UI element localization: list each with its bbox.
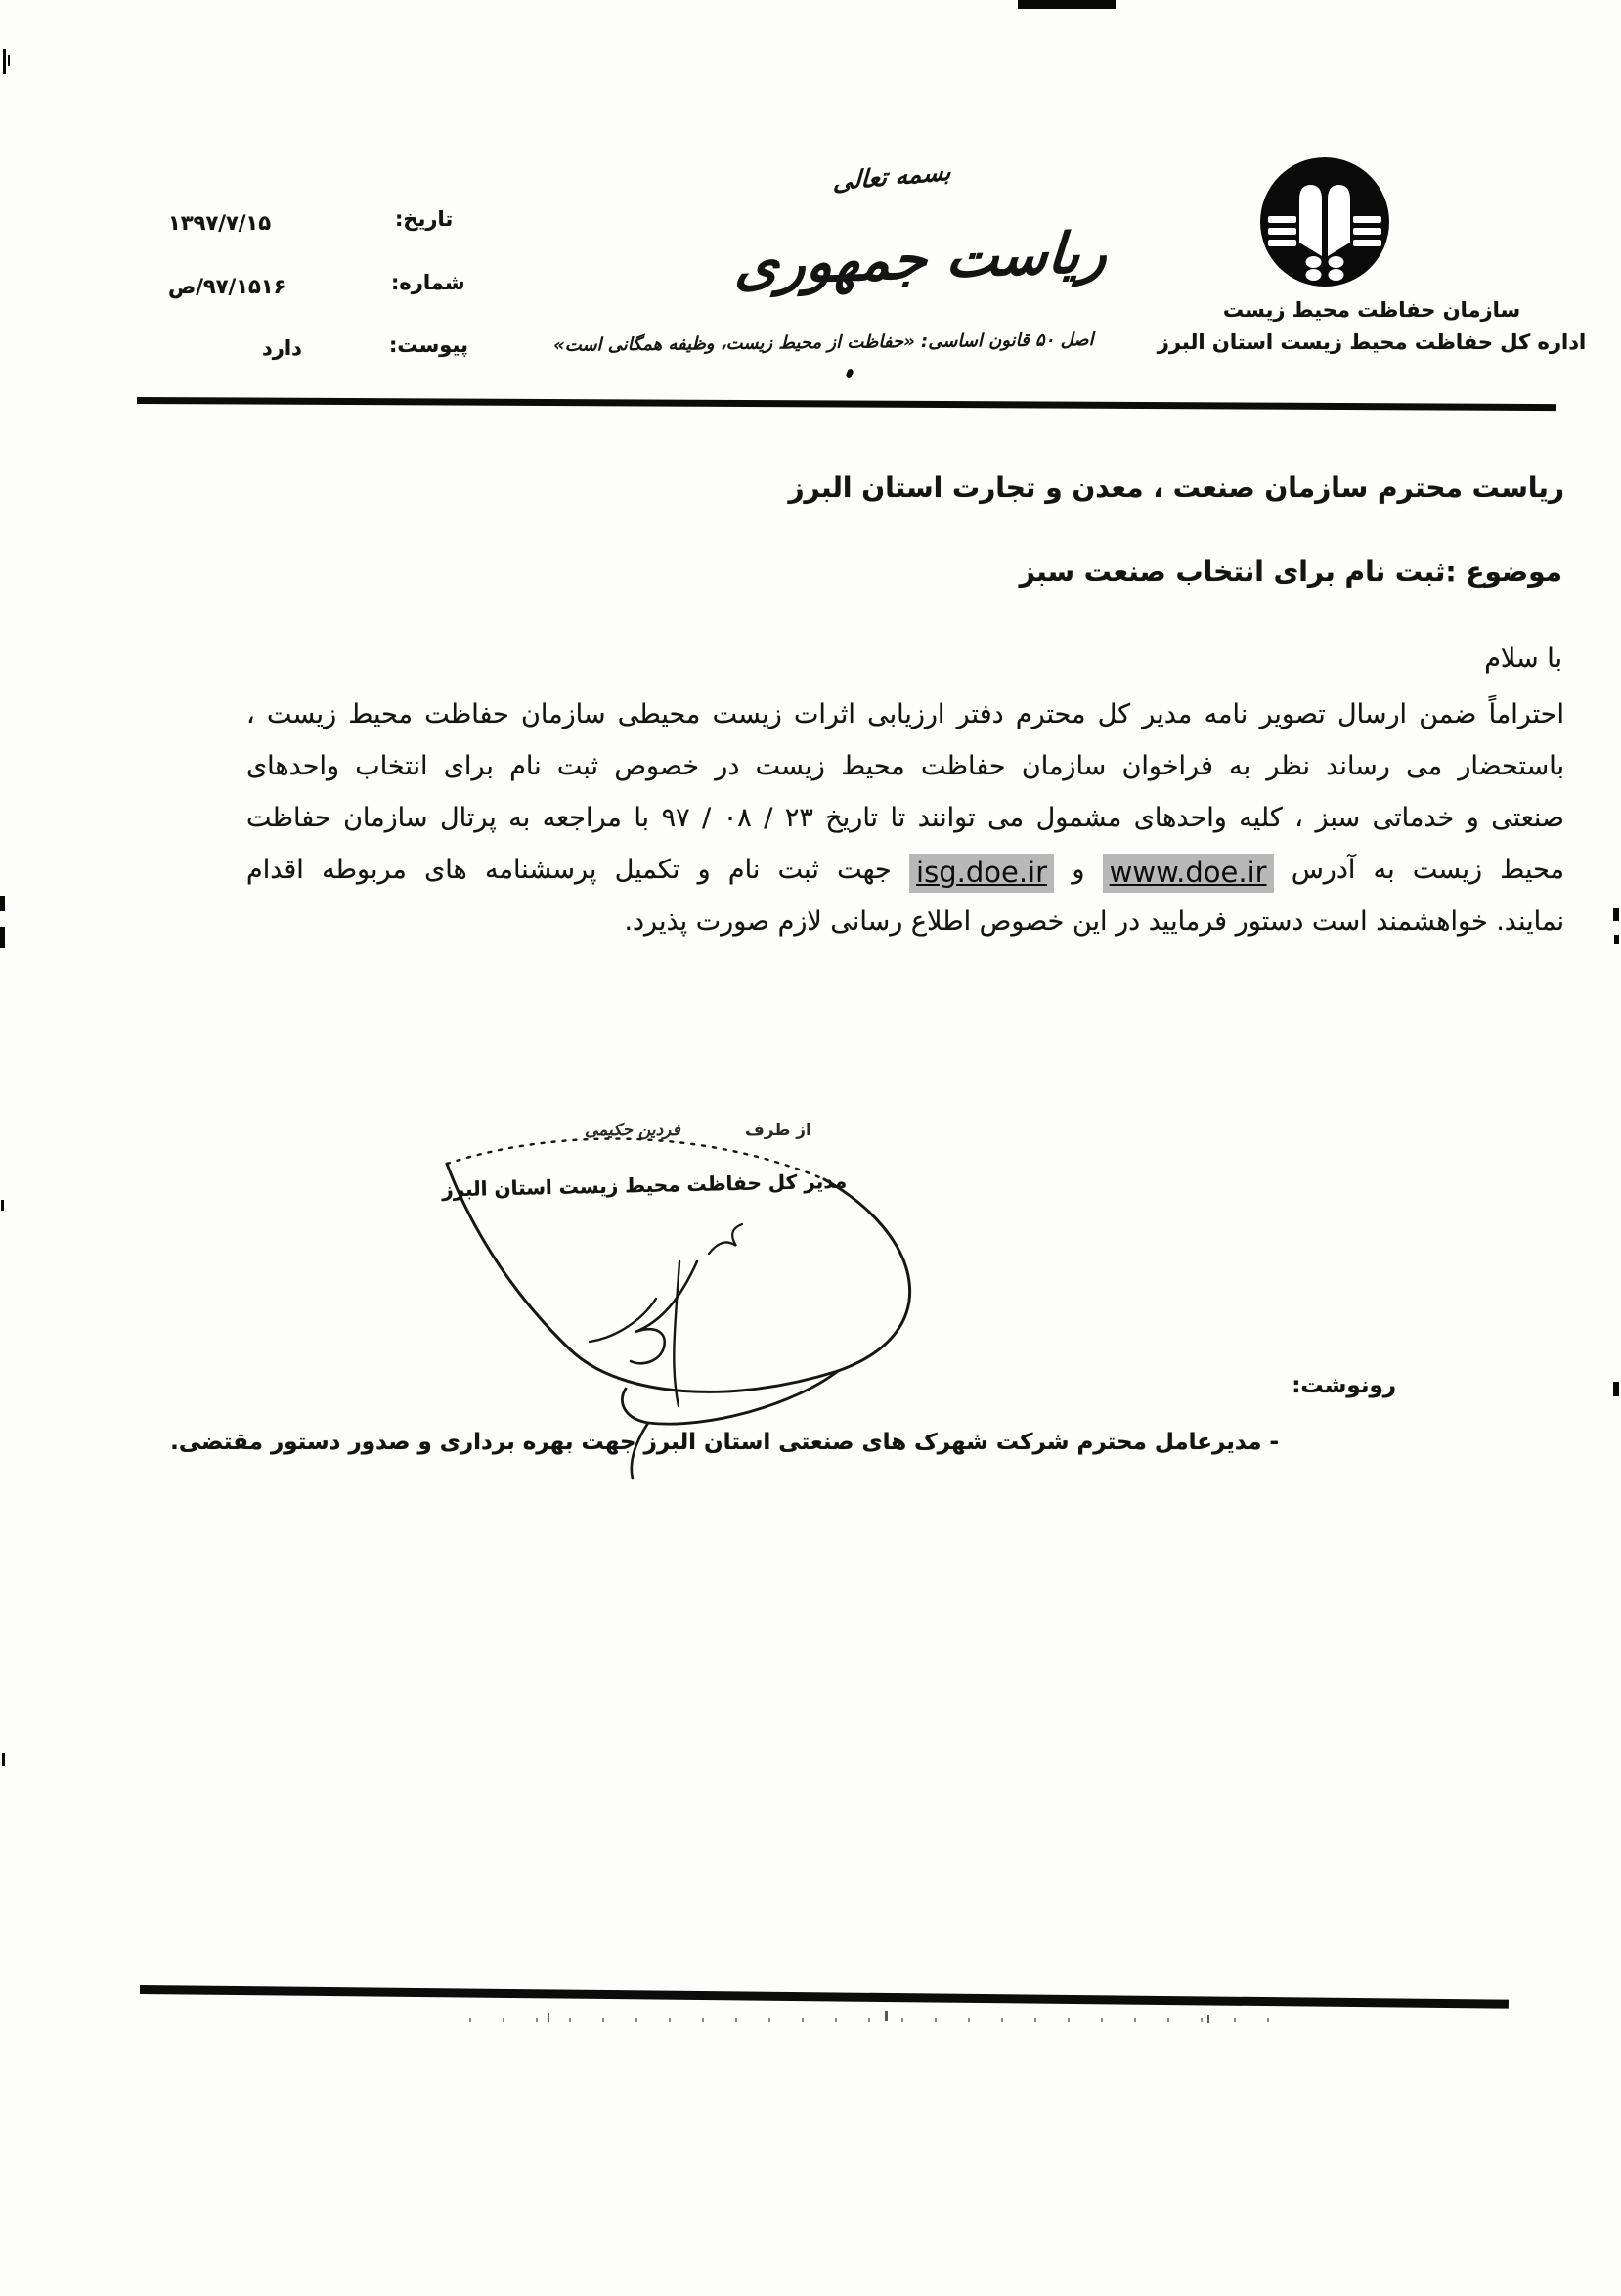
body-line-4: محیط زیست به آدرس www.doe.ir و isg.doe.i… xyxy=(246,850,1564,895)
footer-illegible-text-marks xyxy=(469,2018,1291,2022)
scanned-letter-page: تاریخ: ۱۳۹۷/۷/۱۵ شماره: ۹۷/۱۵۱۶/ص پیوست:… xyxy=(0,0,1621,2296)
doe-logo-icon xyxy=(1259,156,1390,287)
footer-mark xyxy=(1207,2015,1209,2023)
attachment-value: دارد xyxy=(262,336,302,360)
number-value: ۹۷/۱۵۱۶/ص xyxy=(168,275,286,298)
scan-artifact-left-mark xyxy=(1,1200,4,1211)
body-line-4-conjunction: و xyxy=(1072,855,1084,885)
footer-mark xyxy=(548,2013,549,2022)
scan-artifact-left-mark xyxy=(3,49,6,74)
scan-artifact-right-mark xyxy=(1614,935,1619,944)
constitution-slogan: اصل ۵۰ قانون اساسی: «حفاظت از محیط زیست،… xyxy=(553,330,1094,356)
scan-artifact-right-mark xyxy=(1613,1382,1619,1396)
url-doe: www.doe.ir xyxy=(1103,854,1274,893)
scan-artifact-left-mark xyxy=(0,896,5,911)
footer-rule xyxy=(140,1985,1509,2009)
subject-line: موضوع :ثبت نام برای انتخاب صنعت سبز xyxy=(1020,555,1562,588)
cc-item: - مدیرعامل محترم شرکت شهرک های صنعتی است… xyxy=(170,1430,1279,1455)
body-line-5: نمایند. خواهشمند است دستور فرمایید در ای… xyxy=(246,902,1564,947)
scan-artifact-left-mark xyxy=(2,1753,5,1766)
salutation: با سلام xyxy=(1484,643,1562,674)
header-rule xyxy=(137,397,1556,411)
body-line-3: صنعتی و خدماتی سبز ، کلیه واحدهای مشمول … xyxy=(246,798,1564,843)
body-line-4-before: محیط زیست به آدرس xyxy=(1292,855,1564,885)
date-label: تاریخ: xyxy=(395,207,453,231)
bismillah-calligraphy: بسمه تعالی xyxy=(832,157,951,197)
scan-artifact-dot xyxy=(845,368,854,378)
number-label: شماره: xyxy=(391,271,465,294)
scan-artifact-left-mark xyxy=(8,55,10,66)
scan-artifact-top-bar xyxy=(1018,0,1116,9)
organization-name: سازمان حفاظت محیط زیست xyxy=(1152,294,1592,327)
cc-label: رونوشت: xyxy=(1292,1373,1396,1398)
organization-block: سازمان حفاظت محیط زیست اداره کل حفاظت مح… xyxy=(1152,294,1592,359)
presidency-calligraphy: ریاست جمهوری xyxy=(733,220,1110,297)
url-isg-doe: isg.doe.ir xyxy=(909,854,1054,893)
recipient-line: ریاست محترم سازمان صنعت ، معدن و تجارت ا… xyxy=(788,471,1564,504)
body-line-2: باستحضار می رساند نظر به فراخوان سازمان … xyxy=(246,746,1564,791)
scan-artifact-right-mark xyxy=(1613,908,1619,921)
scan-artifact-left-mark xyxy=(0,927,5,948)
body-line-4-after: جهت ثبت نام و تکمیل پرسشنامه های مربوطه … xyxy=(246,855,892,885)
organization-office: اداره کل حفاظت محیط زیست استان البرز xyxy=(1152,327,1592,359)
body-line-1: احتراماً ضمن ارسال تصویر نامه مدیر کل مح… xyxy=(246,694,1564,739)
date-value: ۱۳۹۷/۷/۱۵ xyxy=(168,211,271,235)
attachment-label: پیوست: xyxy=(389,333,468,357)
footer-mark xyxy=(885,2011,888,2021)
